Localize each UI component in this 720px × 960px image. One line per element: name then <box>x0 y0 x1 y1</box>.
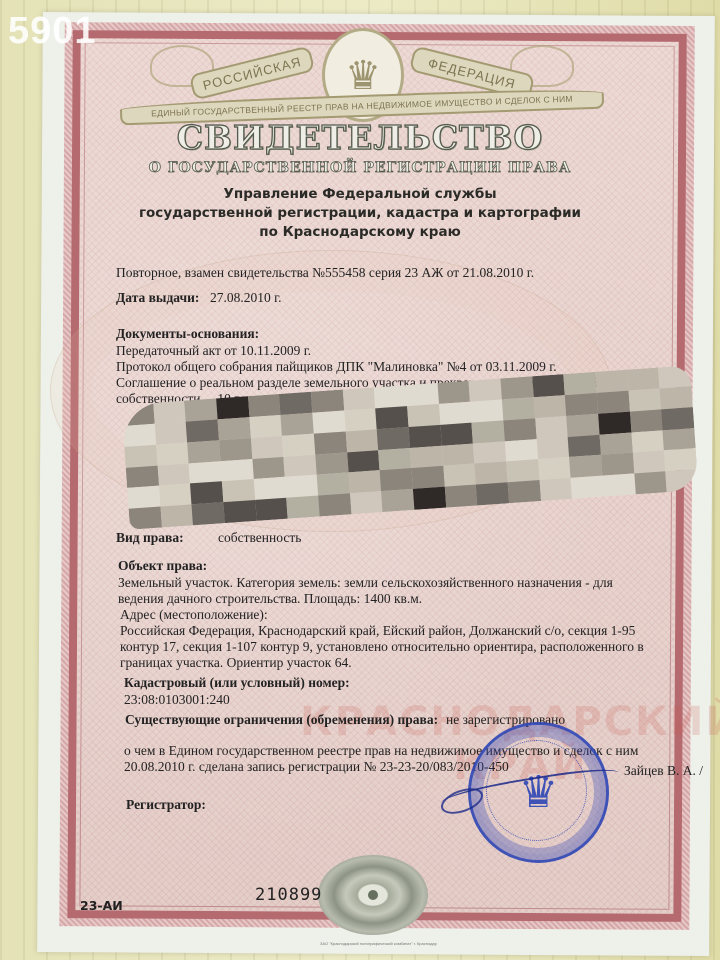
document-subtitle: О ГОСУДАРСТВЕННОЙ РЕГИСТРАЦИИ ПРАВА <box>0 160 720 176</box>
agency-line: Управление Федеральной службы <box>0 185 720 204</box>
printer-imprint: ЗАО "Краснодарский полиграфический комби… <box>320 941 437 946</box>
issuing-agency: Управление Федеральной службы государств… <box>0 185 720 242</box>
object-label: Объект права: <box>118 558 207 575</box>
encumbrance-label: Существующие ограничения (обременения) п… <box>125 712 438 729</box>
right-type-value: собственность <box>218 530 301 547</box>
basis-documents-label: Документы-основания: <box>116 326 259 343</box>
security-rosette-icon <box>318 855 428 935</box>
right-type-label: Вид права: <box>116 530 184 547</box>
agency-line: государственной регистрации, кадастра и … <box>0 204 720 223</box>
basis-document: Передаточный акт от 10.11.2009 г. <box>116 343 311 360</box>
registrar-name: Зайцев В. А. / <box>624 763 703 780</box>
reissue-note: Повторное, взамен свидетельства №555458 … <box>116 265 534 282</box>
cadastral-label: Кадастровый (или условный) номер: <box>124 675 350 692</box>
object-line: Земельный участок. Категория земель: зем… <box>118 575 613 592</box>
basis-document: Протокол общего собрания пайщиков ДПК "М… <box>116 359 557 376</box>
certificate-content: РОССИЙСКАЯ ФЕДЕРАЦИЯ ♛ ЕДИНЫЙ ГОСУДАРСТВ… <box>0 0 720 960</box>
document-title: СВИДЕТЕЛЬСТВО <box>0 118 720 157</box>
registrar-label: Регистратор: <box>126 797 206 814</box>
form-series: 23-АИ <box>80 898 123 913</box>
issue-date-value: 27.08.2010 г. <box>210 290 282 307</box>
agency-line: по Краснодарскому краю <box>0 223 720 242</box>
image-number-overlay: 5901 <box>8 10 97 53</box>
registry-line: 20.08.2010 г. сделана запись регистрации… <box>124 759 509 776</box>
address-line: границах участка. Ориентир участок 64. <box>120 655 352 672</box>
issue-date-label: Дата выдачи: <box>116 290 199 307</box>
serial-number: 210899 <box>255 885 322 905</box>
address-label: Адрес (местоположение): <box>120 607 268 624</box>
address-line: Российская Федерация, Краснодарский край… <box>120 623 635 640</box>
object-line: ведения дачного строительства. Площадь: … <box>118 591 422 608</box>
cadastral-number: 23:08:0103001:240 <box>124 692 230 709</box>
address-line: контур 17, секция 1-107 контур 9, устано… <box>120 639 644 656</box>
